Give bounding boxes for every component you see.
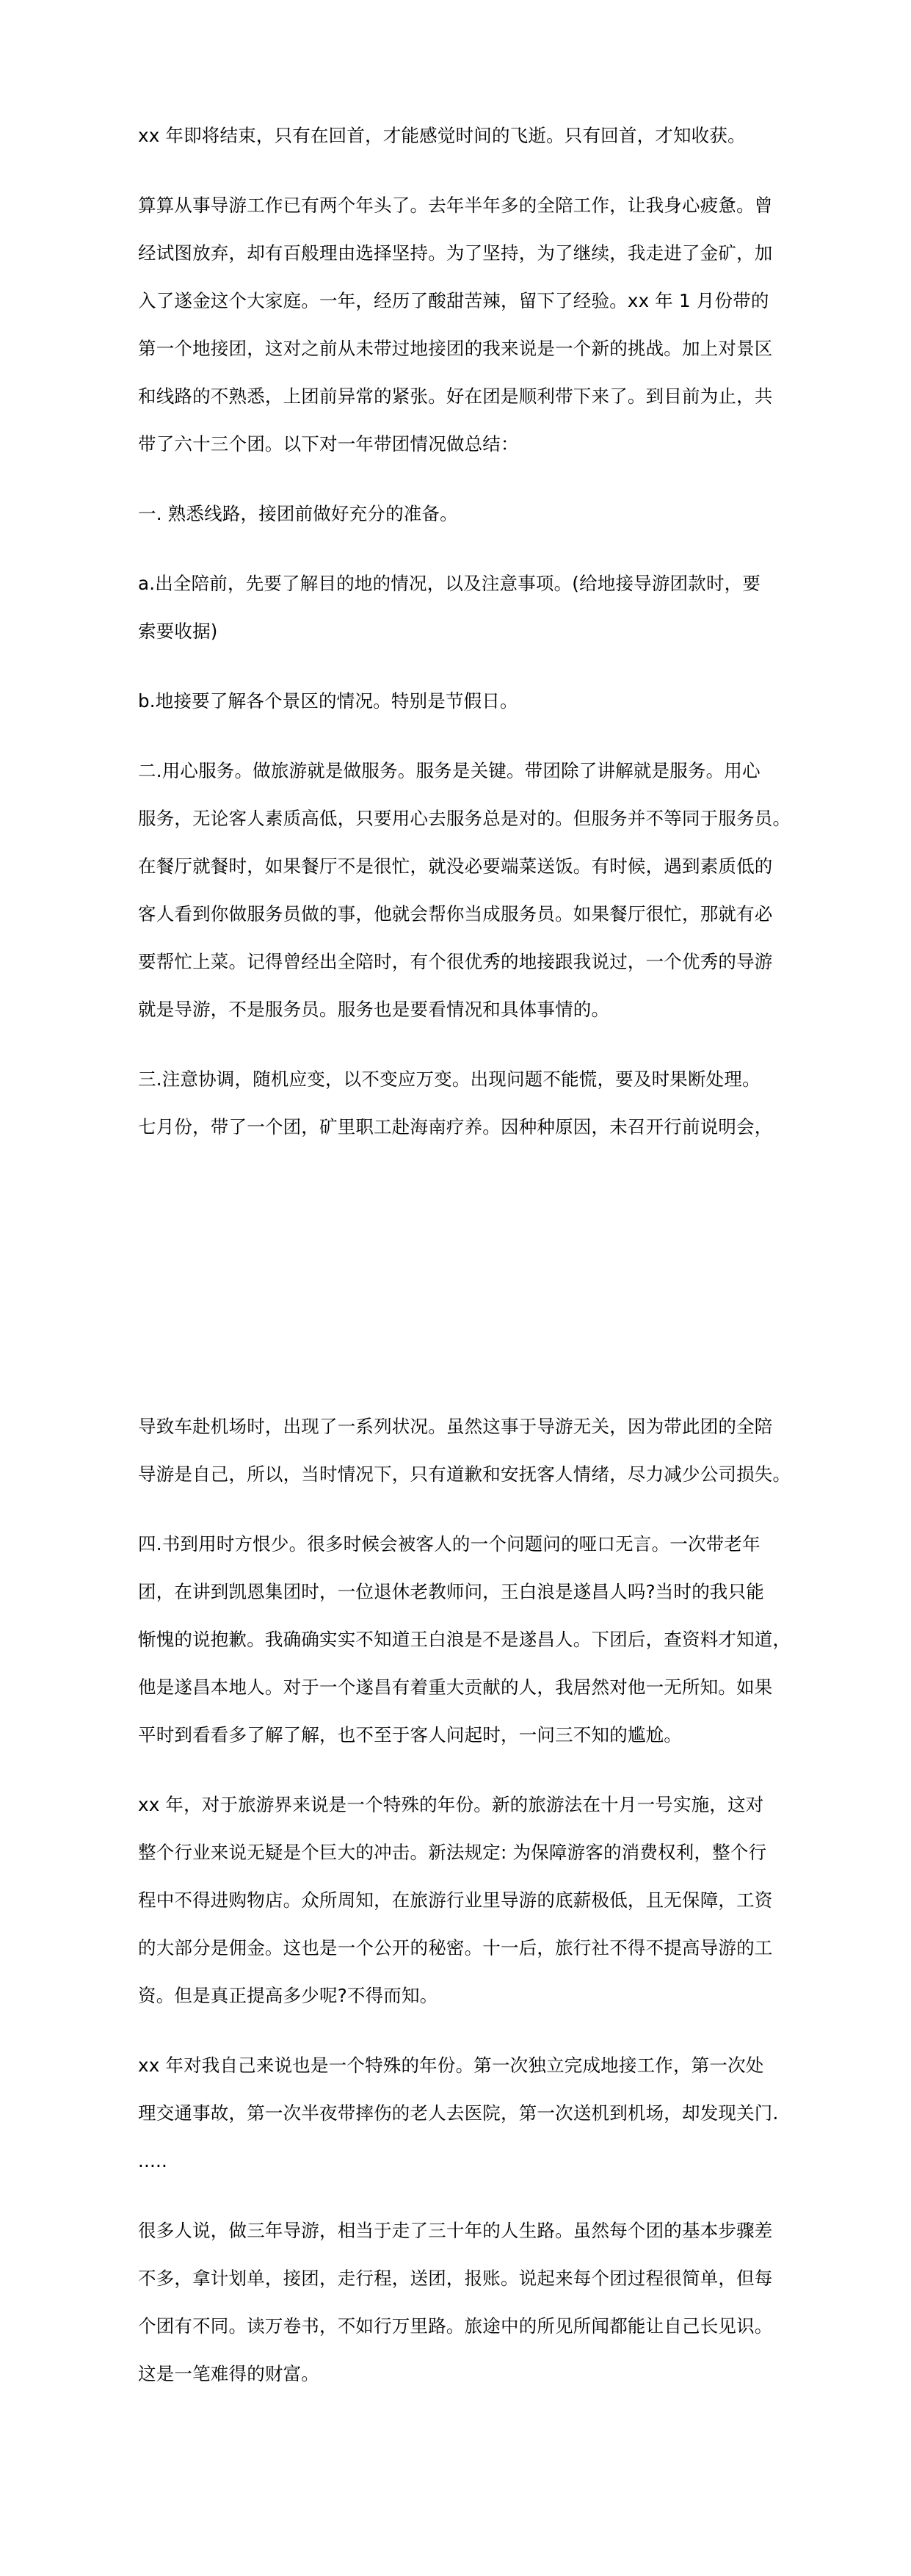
- paragraph-section-3: 三.注意协调，随机应变，以不变应万变。出现问题不能慌，要及时果断处理。 七月份，…: [138, 1055, 784, 1498]
- text-line: 就是导游，不是服务员。服务也是要看情况和具体事情的。: [138, 985, 784, 1033]
- text-line: .....: [138, 2137, 784, 2185]
- text-line: 要帮忙上菜。记得曾经出全陪时，有个很优秀的地接跟我说过，一个优秀的导游: [138, 938, 784, 985]
- text-line: xx 年即将结束，只有在回首，才能感觉时间的飞逝。只有回首，才知收获。: [138, 112, 784, 159]
- text-line: 资。但是真正提高多少呢?不得而知。: [138, 1972, 784, 2019]
- text-line: 算算从事导游工作已有两个年头了。去年半年多的全陪工作，让我身心疲惫。曾: [138, 181, 784, 229]
- text-line: 二.用心服务。做旅游就是做服务。服务是关键。带团除了讲解就是服务。用心: [138, 747, 784, 795]
- text-line: 客人看到你做服务员做的事，他就会帮你当成服务员。如果餐厅很忙，那就有必: [138, 890, 784, 938]
- paragraph-section-2: 二.用心服务。做旅游就是做服务。服务是关键。带团除了讲解就是服务。用心 服务，无…: [138, 747, 784, 1033]
- text-line: 第一个地接团，这对之前从未带过地接团的我来说是一个新的挑战。加上对景区: [138, 325, 784, 372]
- paragraph-conclusion: 很多人说，做三年导游，相当于走了三十年的人生路。虽然每个团的基本步骤差 不多，拿…: [138, 2207, 784, 2398]
- text-line: 一. 熟悉线路，接团前做好充分的准备。: [138, 490, 784, 538]
- text-line: 整个行业来说无疑是个巨大的冲击。新法规定: 为保障游客的消费权利，整个行: [138, 1828, 784, 1876]
- text-line: 四.书到用时方恨少。很多时候会被客人的一个问题问的哑口无言。一次带老年: [138, 1520, 784, 1568]
- text-line: 经试图放弃，却有百般理由选择坚持。为了坚持，为了继续，我走进了金矿，加: [138, 229, 784, 277]
- section-heading-1: 一. 熟悉线路，接团前做好充分的准备。: [138, 490, 784, 538]
- text-line: 导致车赴机场时，出现了一系列状况。虽然这事于导游无关，因为带此团的全陪: [138, 1403, 784, 1450]
- text-line: 在餐厅就餐时，如果餐厅不是很忙，就没必要端菜送饭。有时候，遇到素质低的: [138, 842, 784, 890]
- text-line: 这是一笔难得的财富。: [138, 2350, 784, 2398]
- paragraph-section-1a: a.出全陪前，先要了解目的地的情况，以及注意事项。(给地接导游团款时，要 索要收…: [138, 560, 784, 655]
- page-break: [138, 1151, 784, 1403]
- text-line: xx 年，对于旅游界来说是一个特殊的年份。新的旅游法在十月一号实施，这对: [138, 1781, 784, 1828]
- text-line: 不多，拿计划单，接团，走行程，送团，报账。说起来每个团过程很简单，但每: [138, 2254, 784, 2302]
- text-line: 团，在讲到凯恩集团时，一位退休老教师问，王白浪是遂昌人吗?当时的我只能: [138, 1568, 784, 1616]
- text-line: b.地接要了解各个景区的情况。特别是节假日。: [138, 677, 784, 725]
- text-line: 惭愧的说抱歉。我确确实实不知道王白浪是不是遂昌人。下团后，查资料才知道，: [138, 1616, 784, 1663]
- text-line: 带了六十三个团。以下对一年带团情况做总结：: [138, 420, 784, 468]
- paragraph-section-1b: b.地接要了解各个景区的情况。特别是节假日。: [138, 677, 784, 725]
- text-line: 平时到看看多了解了解，也不至于客人问起时，一问三不知的尴尬。: [138, 1711, 784, 1759]
- text-line: 服务，无论客人素质高低，只要用心去服务总是对的。但服务并不等同于服务员。: [138, 795, 784, 842]
- paragraph-intro: xx 年即将结束，只有在回首，才能感觉时间的飞逝。只有回首，才知收获。: [138, 112, 784, 159]
- text-line: a.出全陪前，先要了解目的地的情况，以及注意事项。(给地接导游团款时，要: [138, 560, 784, 607]
- text-line: 七月份，带了一个团，矿里职工赴海南疗养。因种种原因，未召开行前说明会，: [138, 1103, 784, 1151]
- paragraph-industry: xx 年，对于旅游界来说是一个特殊的年份。新的旅游法在十月一号实施，这对 整个行…: [138, 1781, 784, 2019]
- text-line: 理交通事故，第一次半夜带摔伤的老人去医院，第一次送机到机场，却发现关门.: [138, 2089, 784, 2137]
- text-line: 和线路的不熟悉，上团前异常的紧张。好在团是顺利带下来了。到目前为止，共: [138, 372, 784, 420]
- text-line: 他是遂昌本地人。对于一个遂昌有着重大贡献的人，我居然对他一无所知。如果: [138, 1663, 784, 1711]
- text-line: 索要收据): [138, 607, 784, 655]
- text-line: 程中不得进购物店。众所周知，在旅游行业里导游的底薪极低，且无保障，工资: [138, 1876, 784, 1924]
- paragraph-section-4: 四.书到用时方恨少。很多时候会被客人的一个问题问的哑口无言。一次带老年 团，在讲…: [138, 1520, 784, 1759]
- paragraph-personal: xx 年对我自己来说也是一个特殊的年份。第一次独立完成地接工作，第一次处 理交通…: [138, 2041, 784, 2185]
- text-line: 的大部分是佣金。这也是一个公开的秘密。十一后，旅行社不得不提高导游的工: [138, 1924, 784, 1972]
- paragraph-background: 算算从事导游工作已有两个年头了。去年半年多的全陪工作，让我身心疲惫。曾 经试图放…: [138, 181, 784, 468]
- text-line: 个团有不同。读万卷书，不如行万里路。旅途中的所见所闻都能让自己长见识。: [138, 2302, 784, 2350]
- text-line: 三.注意协调，随机应变，以不变应万变。出现问题不能慌，要及时果断处理。: [138, 1055, 784, 1103]
- text-line: 入了遂金这个大家庭。一年，经历了酸甜苦辣，留下了经验。xx 年 1 月份带的: [138, 277, 784, 325]
- document-body: xx 年即将结束，只有在回首，才能感觉时间的飞逝。只有回首，才知收获。 算算从事…: [138, 112, 784, 2420]
- text-line: xx 年对我自己来说也是一个特殊的年份。第一次独立完成地接工作，第一次处: [138, 2041, 784, 2089]
- text-line: 很多人说，做三年导游，相当于走了三十年的人生路。虽然每个团的基本步骤差: [138, 2207, 784, 2254]
- text-line: 导游是自己，所以，当时情况下，只有道歉和安抚客人情绪，尽力减少公司损失。: [138, 1450, 784, 1498]
